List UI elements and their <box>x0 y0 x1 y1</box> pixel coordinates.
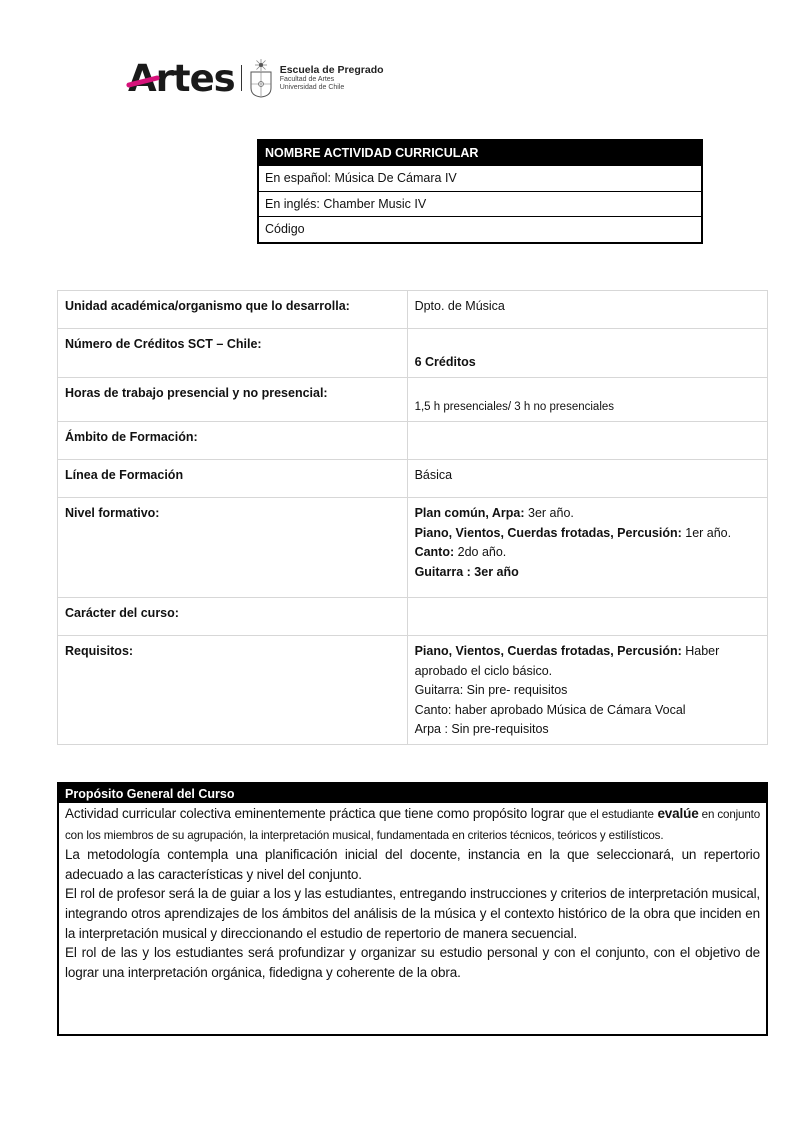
requisitos-label: Requisitos: <box>58 636 408 745</box>
nivel-line: Guitarra : 3er año <box>415 563 760 583</box>
nivel-label: Nivel formativo: <box>58 498 408 598</box>
spacer <box>415 384 760 398</box>
purpose-title: Propósito General del Curso <box>59 784 766 803</box>
caracter-value <box>407 598 767 636</box>
table-row: Nivel formativo: Plan común, Arpa: 3er a… <box>58 498 768 598</box>
horas-value: 1,5 h presenciales/ 3 h no presenciales <box>415 401 614 413</box>
course-code: Código <box>259 216 701 242</box>
table-row: Unidad académica/organismo que lo desarr… <box>58 291 768 329</box>
table-row: Número de Créditos SCT – Chile: 6 Crédit… <box>58 329 768 378</box>
table-row: Requisitos: Piano, Vientos, Cuerdas frot… <box>58 636 768 745</box>
purpose-paragraph: El rol de profesor será la de guiar a lo… <box>65 884 760 943</box>
ambito-value <box>407 422 767 460</box>
linea-value: Básica <box>407 460 767 498</box>
table-row: Ámbito de Formación: <box>58 422 768 460</box>
logo-wordmark: Artes <box>128 60 235 97</box>
course-purpose-section: Propósito General del Curso Actividad cu… <box>57 782 768 1036</box>
nivel-value: Plan común, Arpa: 3er año. Piano, Viento… <box>407 498 767 598</box>
university-crest-icon <box>248 58 274 98</box>
nivel-line: Plan común, Arpa: 3er año. <box>415 504 760 524</box>
requisitos-value: Piano, Vientos, Cuerdas frotadas, Percus… <box>407 636 767 745</box>
horas-value-cell: 1,5 h presenciales/ 3 h no presenciales <box>407 377 767 422</box>
caracter-label: Carácter del curso: <box>58 598 408 636</box>
requisito-line: Arpa : Sin pre-requisitos <box>415 720 760 740</box>
course-name-spanish: En español: Música De Cámara IV <box>259 165 701 191</box>
course-name-table: NOMBRE ACTIVIDAD CURRICULAR En español: … <box>257 139 703 244</box>
creditos-label: Número de Créditos SCT – Chile: <box>58 329 408 378</box>
creditos-value-cell: 6 Créditos <box>407 329 767 378</box>
requisito-line: Piano, Vientos, Cuerdas frotadas, Percus… <box>415 642 760 681</box>
purpose-paragraph: El rol de las y los estudiantes será pro… <box>65 943 760 982</box>
nivel-line: Piano, Vientos, Cuerdas frotadas, Percus… <box>415 524 760 544</box>
spacer <box>415 335 760 353</box>
requisito-line: Canto: haber aprobado Música de Cámara V… <box>415 701 760 721</box>
school-name-block: Escuela de Pregrado Facultad de Artes Un… <box>280 65 384 92</box>
creditos-value: 6 Créditos <box>415 355 476 369</box>
faculty-name: Facultad de Artes <box>280 76 384 83</box>
purpose-body: Actividad curricular colectiva eminentem… <box>59 803 766 982</box>
unidad-label: Unidad académica/organismo que lo desarr… <box>58 291 408 329</box>
table-row: Horas de trabajo presencial y no presenc… <box>58 377 768 422</box>
university-name: Universidad de Chile <box>280 84 384 91</box>
course-name-header: NOMBRE ACTIVIDAD CURRICULAR <box>259 141 701 165</box>
unidad-value: Dpto. de Música <box>407 291 767 329</box>
requisito-line: Guitarra: Sin pre- requisitos <box>415 681 760 701</box>
table-row: Carácter del curso: <box>58 598 768 636</box>
faculty-logo: Artes Escuela de Pregrado Facultad de Ar… <box>128 56 384 100</box>
purpose-paragraph: La metodología contempla una planificaci… <box>65 845 760 884</box>
linea-label: Línea de Formación <box>58 460 408 498</box>
course-info-table: Unidad académica/organismo que lo desarr… <box>57 290 768 745</box>
nivel-line: Canto: 2do año. <box>415 543 760 563</box>
logo-divider <box>241 65 242 91</box>
horas-label: Horas de trabajo presencial y no presenc… <box>58 377 408 422</box>
school-name: Escuela de Pregrado <box>280 65 384 76</box>
purpose-paragraph: Actividad curricular colectiva eminentem… <box>65 804 760 845</box>
table-row: Línea de Formación Básica <box>58 460 768 498</box>
ambito-label: Ámbito de Formación: <box>58 422 408 460</box>
course-name-english: En inglés: Chamber Music IV <box>259 191 701 217</box>
